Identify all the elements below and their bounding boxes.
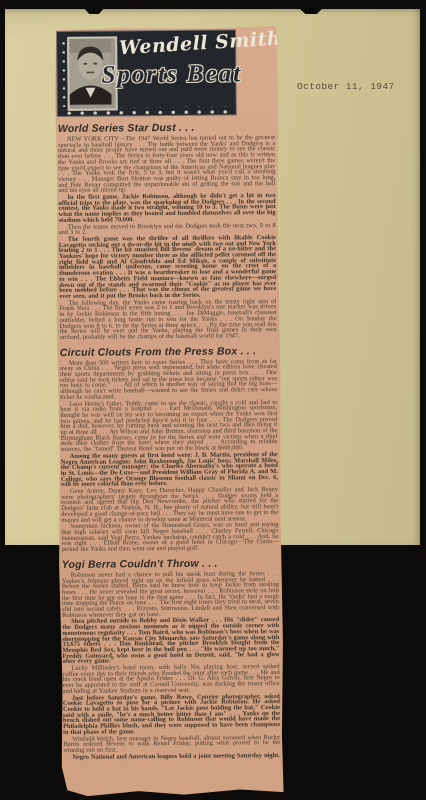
article-paragraph: In the first game, Jackie Robinson, alth… — [58, 193, 275, 223]
masthead-author: Wendell Smith's — [119, 26, 300, 59]
article-paragraph: Just before Saturday's game, Billy Rowe,… — [63, 694, 280, 736]
article-paragraph: Negro National and American leagues hold… — [63, 753, 280, 761]
fold-notch — [298, 9, 324, 14]
article-paragraph: Sonnyman Jackson, owner of the Homestead… — [61, 522, 278, 552]
film-perforations-left-icon — [58, 37, 66, 107]
article-paragraph: The fourth game was the thriller of all … — [59, 235, 277, 300]
date-stamp: October 11, 1947 — [297, 81, 395, 92]
section-world-series-star-dust: World Series Star Dust . . . NEW YORK CI… — [58, 121, 277, 340]
article-paragraph: Lena Horne's father, Teddy, came to see … — [60, 400, 277, 453]
article-paragraph: NEW YORK CITY—The 1947 World Series has … — [58, 135, 275, 194]
section-heading: Circuit Clouts From the Press Box . . . — [60, 345, 277, 359]
article-paragraph: Shea pitched outside to Bobby and Dixie … — [62, 617, 279, 665]
article-paragraph: Gene Autrey, Danny Kaye, Leo Durocher, H… — [61, 487, 278, 523]
article-paragraph: Winfield Welch, best manager in Negro ba… — [63, 735, 280, 754]
article-paragraph: The following day, the Yanks came roarin… — [59, 299, 276, 341]
scan-background: October 11, 1947 Wendell Smith's Spor — [0, 0, 426, 800]
masthead-title: Sports Beat — [101, 60, 242, 89]
article-paragraph: Lucky Millinder's hotel room, with Sally… — [63, 664, 280, 694]
column-body: World Series Star Dust . . . NEW YORK CI… — [55, 121, 285, 760]
article-paragraph: Among the many guests at first hotel wer… — [61, 452, 278, 488]
section-heading: World Series Star Dust . . . — [58, 121, 275, 135]
section-yogi-berra: Yogi Berra Couldn't Throw . . . Robinson… — [62, 557, 281, 760]
film-perforations-bottom-icon — [61, 106, 233, 115]
column-masthead: Wendell Smith's Sports Beat — [56, 29, 237, 117]
article-paragraph: More than 500 writers here to cover Seri… — [60, 359, 277, 401]
newspaper-clipping: Wendell Smith's Sports Beat World Series… — [54, 26, 285, 798]
section-heading: Yogi Berra Couldn't Throw . . . — [62, 557, 279, 571]
article-paragraph: Robinson never had a chance to pull his … — [62, 571, 279, 619]
fold-notch — [83, 9, 105, 14]
section-circuit-clouts: Circuit Clouts From the Press Box . . . … — [60, 345, 279, 553]
